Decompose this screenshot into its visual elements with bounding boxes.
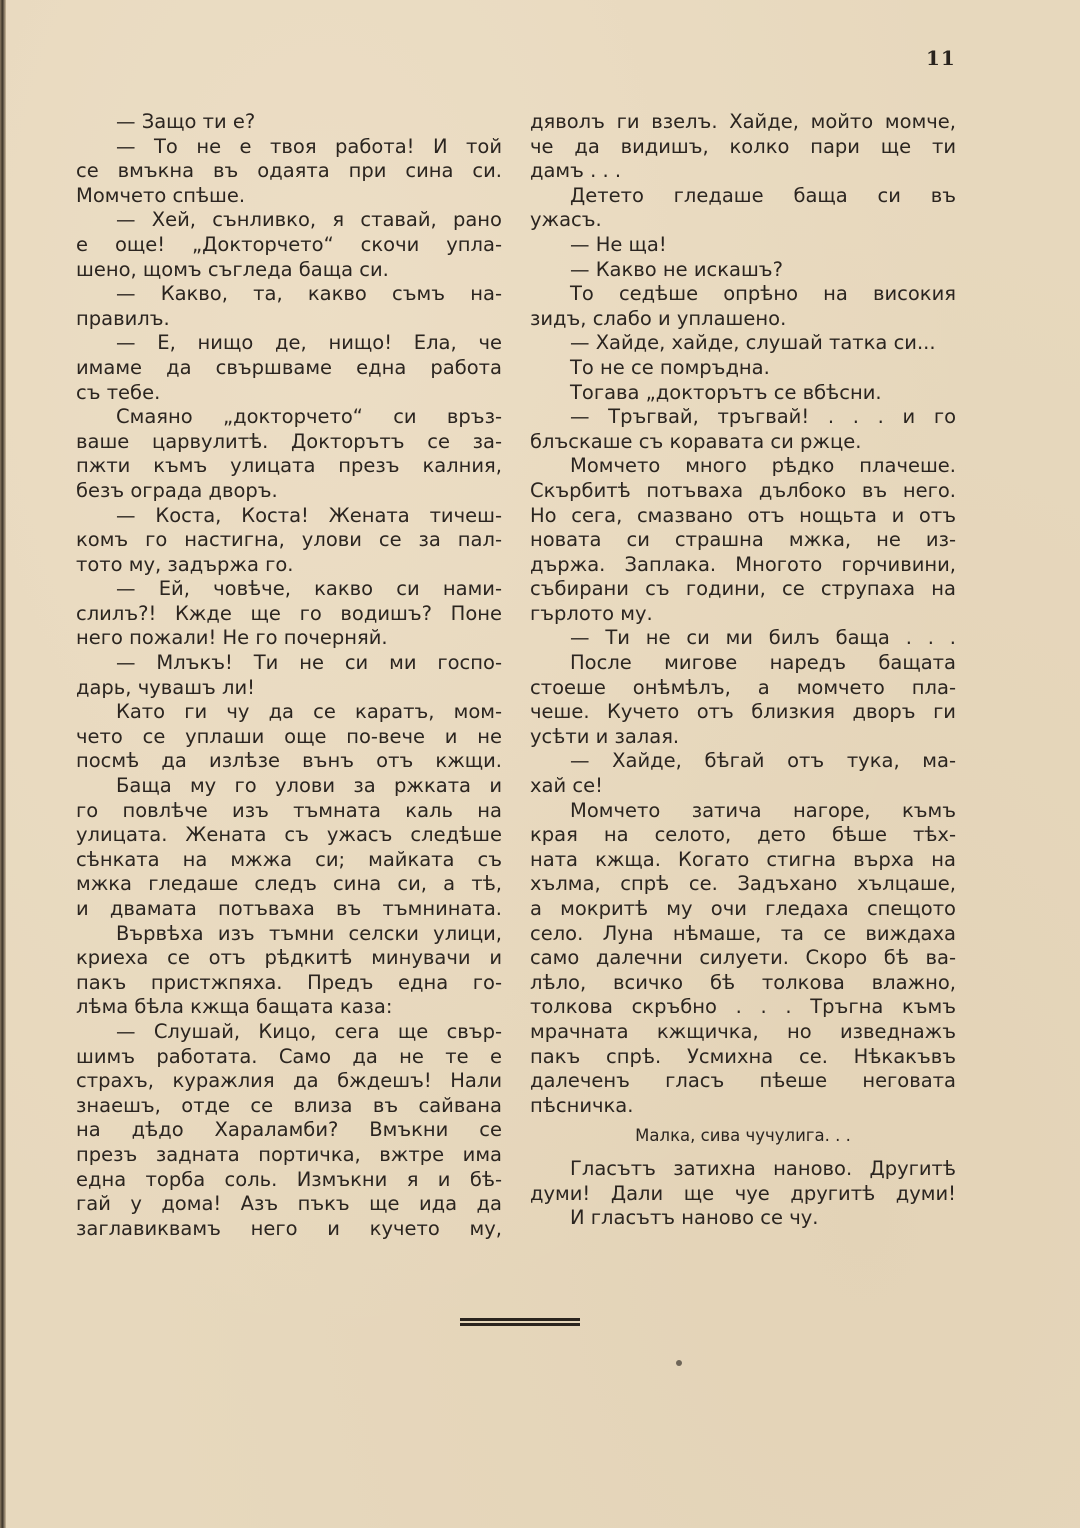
text-line: една торба соль. Измъкни я и бѣ- bbox=[76, 1168, 502, 1193]
text-line: посмѣ да излѣзе вънъ отъ кжщи. bbox=[76, 749, 502, 774]
text-line: края на селото, дето бѣше тѣх- bbox=[530, 823, 956, 848]
text-line: сѣнката на мжжа си; майката съ bbox=[76, 848, 502, 873]
text-line: Момчето много рѣдко плачеше. bbox=[530, 454, 956, 479]
section-divider bbox=[460, 1318, 580, 1326]
text-line: лѣма бѣла кжща бащата каза: bbox=[76, 995, 502, 1020]
text-line: слилъ?! Кжде ще го водишъ? Поне bbox=[76, 602, 502, 627]
text-line: — Ей, човѣче, какво си нами- bbox=[76, 577, 502, 602]
text-line: че да видишъ, колко пари ще ти bbox=[530, 135, 956, 160]
text-line: пжти къмъ улицата презъ калния, bbox=[76, 454, 502, 479]
text-line: шимъ работата. Само да не те е bbox=[76, 1045, 502, 1070]
text-line: пакъ пристжпяха. Предъ една го- bbox=[76, 971, 502, 996]
text-line: мжка гледаше следъ сина си, а тѣ, bbox=[76, 872, 502, 897]
text-line: чеше. Кучето отъ близкия дворъ ги bbox=[530, 700, 956, 725]
text-line: Гласътъ затихна наново. Другитѣ bbox=[530, 1157, 956, 1182]
scanned-page: 11 — Защо ти е?— То не е твоя работа! И … bbox=[0, 0, 1080, 1528]
text-line: далеченъ гласъ пѣеше неговата bbox=[530, 1069, 956, 1094]
text-line: гай у дома! Азъ пъкъ ще ида да bbox=[76, 1192, 502, 1217]
binding-edge bbox=[0, 0, 6, 1528]
text-line: После мигове наредъ бащата bbox=[530, 651, 956, 676]
text-line: Вървѣха изъ тъмни селски улици, bbox=[76, 922, 502, 947]
text-line: То не се помръдна. bbox=[530, 356, 956, 381]
text-line: Но сега, смазвано отъ нощьта и отъ bbox=[530, 504, 956, 529]
text-line: — Млъкъ! Ти не си ми госпо- bbox=[76, 651, 502, 676]
text-line: усѣти и залая. bbox=[530, 725, 956, 750]
text-line: — Какво не искашъ? bbox=[530, 258, 956, 283]
text-line: гърлото му. bbox=[530, 602, 956, 627]
text-line: правилъ. bbox=[76, 307, 502, 332]
text-line: дарь, чувашъ ли! bbox=[76, 676, 502, 701]
text-line: — Хайде, хайде, слушай татка си... bbox=[530, 331, 956, 356]
text-line: чето се уплаши още по-вече и не bbox=[76, 725, 502, 750]
text-line: а мокритѣ му очи гледаха спещото bbox=[530, 897, 956, 922]
text-line: блъскаше съ коравата си ржце. bbox=[530, 430, 956, 455]
text-line: — То не е твоя работа! И той bbox=[76, 135, 502, 160]
text-line: То седѣше опрѣно на високия bbox=[530, 282, 956, 307]
text-line: — Е, нищо де, нищо! Ела, че bbox=[76, 331, 502, 356]
text-line: — Не ща! bbox=[530, 233, 956, 258]
text-line: само далечни силуети. Скоро бѣ ва- bbox=[530, 946, 956, 971]
text-line: криеха се отъ рѣдкитѣ минувачи и bbox=[76, 946, 502, 971]
text-line: е още! „Докторчето“ скочи упла- bbox=[76, 233, 502, 258]
text-line: — Защо ти е? bbox=[76, 110, 502, 135]
text-line: тото му, задържа го. bbox=[76, 553, 502, 578]
text-line: безъ ограда дворъ. bbox=[76, 479, 502, 504]
text-line: Момчето спѣше. bbox=[76, 184, 502, 209]
text-line: шено, щомъ съгледа баща си. bbox=[76, 258, 502, 283]
text-line: пѣсничка. bbox=[530, 1094, 956, 1119]
text-line: хълма, спрѣ се. Задъхано хълцаше, bbox=[530, 872, 956, 897]
text-line: новата си страшна мжка, не из- bbox=[530, 528, 956, 553]
text-line: ваше царвулитѣ. Докторътъ се за- bbox=[76, 430, 502, 455]
text-line: лѣло, всичко бѣ толкова влажно, bbox=[530, 971, 956, 996]
text-line: Тогава „докторътъ се вбѣсни. bbox=[530, 381, 956, 406]
text-line: комъ го настигна, улови се за пал- bbox=[76, 528, 502, 553]
text-line: мрачната кжщичка, но изведнажъ bbox=[530, 1020, 956, 1045]
text-line: — Хей, сънливко, я ставай, рано bbox=[76, 208, 502, 233]
text-line: събирани съ години, се струпаха на bbox=[530, 577, 956, 602]
text-line: думи! Дали ще чуе другитѣ думи! bbox=[530, 1182, 956, 1207]
text-line: се вмъкна въ одаята при сина си. bbox=[76, 159, 502, 184]
text-line: — Тръгвай, тръгвай! . . . и го bbox=[530, 405, 956, 430]
paper-speck bbox=[676, 1360, 682, 1366]
text-line: заглавиквамъ него и кучето му, bbox=[76, 1217, 502, 1242]
text-line: хай се! bbox=[530, 774, 956, 799]
text-line: — Хайде, бѣгай отъ тука, ма- bbox=[530, 749, 956, 774]
right-column: дяволъ ги взелъ. Хайде, мойто момче,че д… bbox=[530, 110, 956, 1231]
text-line: Баща му го улови за ржката и bbox=[76, 774, 502, 799]
text-line: — Слушай, Кицо, сега ще свър- bbox=[76, 1020, 502, 1045]
text-line: знаешъ, отде се влиза въ сайвана bbox=[76, 1094, 502, 1119]
text-line: ужасъ. bbox=[530, 208, 956, 233]
text-line: стоеше онѣмѣлъ, а момчето пла- bbox=[530, 676, 956, 701]
left-column: — Защо ти е?— То не е твоя работа! И той… bbox=[76, 110, 502, 1241]
right-column-closing: Гласътъ затихна наново. Другитѣдуми! Дал… bbox=[530, 1157, 956, 1231]
text-line: дамъ . . . bbox=[530, 159, 956, 184]
text-line: дяволъ ги взелъ. Хайде, мойто момче, bbox=[530, 110, 956, 135]
text-line: — Коста, Коста! Жената тичеш- bbox=[76, 504, 502, 529]
right-column-body: дяволъ ги взелъ. Хайде, мойто момче,че д… bbox=[530, 110, 956, 1118]
text-line: зидъ, слабо и уплашено. bbox=[530, 307, 956, 332]
text-line: го повлѣче изъ тъмната каль на bbox=[76, 799, 502, 824]
text-line: Смаяно „докторчето“ си връз- bbox=[76, 405, 502, 430]
text-line: пакъ спрѣ. Усмихна се. Нѣкакъвъ bbox=[530, 1045, 956, 1070]
text-line: Скърбитѣ потъваха дълбоко въ него. bbox=[530, 479, 956, 504]
text-line: И гласътъ наново се чу. bbox=[530, 1206, 956, 1231]
text-line: страхъ, куражлия да бждешъ! Нали bbox=[76, 1069, 502, 1094]
verse-line: Малка, сива чучулига. . . bbox=[530, 1124, 956, 1149]
text-line: Детето гледаше баща си въ bbox=[530, 184, 956, 209]
text-line: село. Луна нѣмаше, та се виждаха bbox=[530, 922, 956, 947]
text-line: държа. Заплака. Многото горчивини, bbox=[530, 553, 956, 578]
text-line: Момчето затича нагоре, къмъ bbox=[530, 799, 956, 824]
text-line: презъ задната портичка, вжтре има bbox=[76, 1143, 502, 1168]
text-line: — Какво, та, какво съмъ на- bbox=[76, 282, 502, 307]
text-line: съ тебе. bbox=[76, 381, 502, 406]
text-line: него пожали! Не го почерняй. bbox=[76, 626, 502, 651]
text-line: Като ги чу да се каратъ, мом- bbox=[76, 700, 502, 725]
page-number: 11 bbox=[926, 46, 956, 70]
text-line: толкова скръбно . . . Тръгна къмъ bbox=[530, 995, 956, 1020]
text-line: улицата. Жената съ ужасъ следѣше bbox=[76, 823, 502, 848]
text-line: имаме да свършваме една работа bbox=[76, 356, 502, 381]
text-line: — Ти не си ми билъ баща . . . bbox=[530, 626, 956, 651]
text-line: ната кжща. Когато стигна върха на bbox=[530, 848, 956, 873]
text-line: на дѣдо Хараламби? Вмъкни се bbox=[76, 1118, 502, 1143]
text-line: и двамата потъваха въ тъмнината. bbox=[76, 897, 502, 922]
